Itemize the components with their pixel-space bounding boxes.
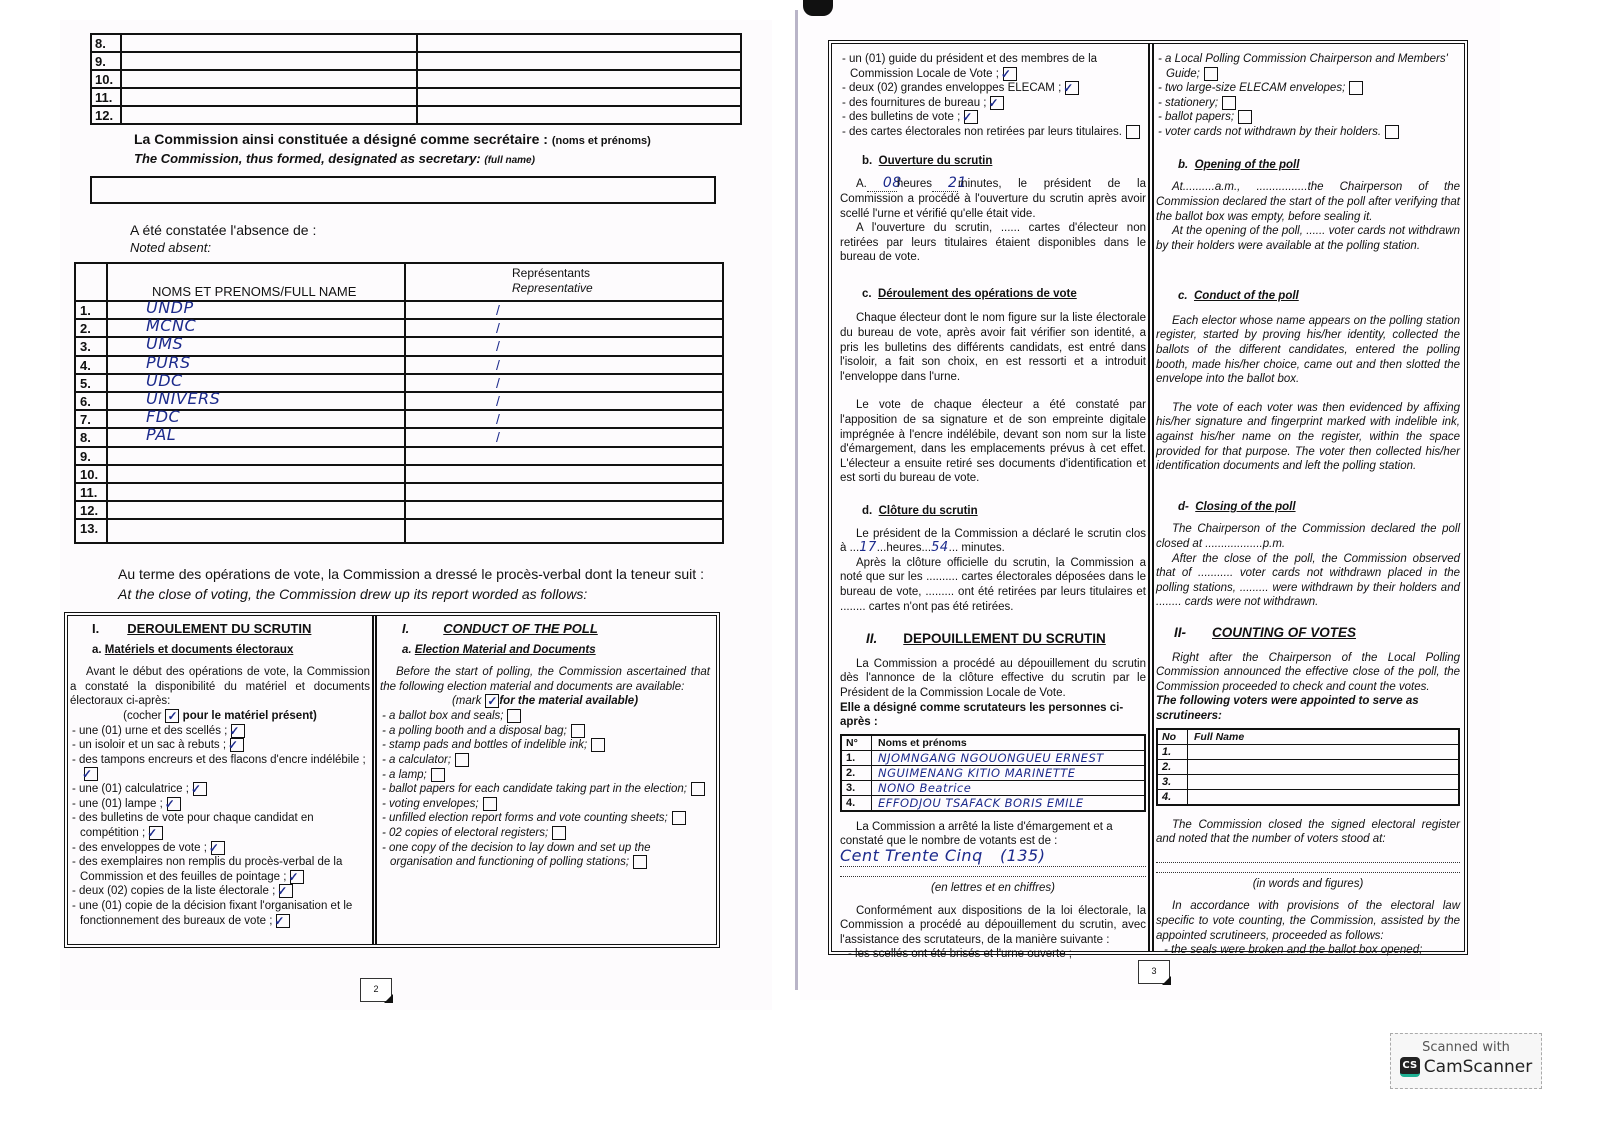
absent-label-en: Noted absent: bbox=[130, 240, 211, 256]
material-item: - voting envelopes; bbox=[380, 797, 710, 812]
checkbox-empty-icon[interactable] bbox=[483, 797, 497, 811]
row-number: 5. bbox=[80, 376, 91, 391]
representative-mark[interactable]: / bbox=[496, 302, 500, 318]
scrutineer-name[interactable]: EFFODJOU TSAFACK BORIS EMILE bbox=[872, 796, 1084, 810]
absent-label-fr: A été constatée l'absence de : bbox=[130, 222, 316, 238]
checkbox-checked-icon[interactable]: ✓ bbox=[167, 797, 181, 811]
checkbox-checked-icon[interactable]: ✓ bbox=[149, 826, 163, 840]
row-number: 10. bbox=[80, 467, 98, 482]
opening-title-fr: Ouverture du scrutin bbox=[879, 155, 993, 167]
section1-en-title: CONDUCT OF THE POLL bbox=[443, 621, 598, 636]
absent-party-name[interactable]: UMS bbox=[146, 334, 183, 353]
table-row: 10. bbox=[76, 464, 722, 482]
material-item: - a calculator; bbox=[380, 753, 710, 768]
closing-minutes-value[interactable]: 54 bbox=[931, 540, 949, 555]
absent-table: NOMS ET PRENOMS/FULL NAME Représentants … bbox=[74, 262, 724, 544]
row-number: 1. bbox=[80, 303, 91, 318]
fr-material-list-continued: - un (01) guide du président et des memb… bbox=[840, 52, 1146, 140]
checkbox-checked-icon[interactable]: ✓ bbox=[290, 870, 304, 884]
material-item: - un isoloir et un sac à rebuts ;✓ bbox=[70, 738, 370, 753]
checkbox-empty-icon[interactable] bbox=[1385, 125, 1399, 139]
material-item: - deux (02) copies de la liste électoral… bbox=[70, 884, 370, 899]
scrutineer-name[interactable] bbox=[1188, 760, 1194, 774]
checkbox-checked-icon[interactable]: ✓ bbox=[279, 884, 293, 898]
material-item: - deux (02) grandes enveloppes ELECAM ;✓ bbox=[840, 81, 1146, 96]
material-item: - des bulletins de vote pour chaque cand… bbox=[70, 811, 370, 840]
material-item: - one copy of the decision to lay down a… bbox=[380, 841, 710, 870]
material-item: - une (01) lampe ;✓ bbox=[70, 797, 370, 812]
representative-mark[interactable]: / bbox=[496, 429, 500, 445]
table-row: 2.NGUIMENANG KITIO MARINETTE bbox=[842, 765, 1144, 780]
absent-party-name[interactable]: MCNC bbox=[146, 316, 196, 335]
representative-mark[interactable]: / bbox=[496, 338, 500, 354]
row-number: 4. bbox=[80, 358, 91, 373]
checkbox-empty-icon[interactable] bbox=[1126, 125, 1140, 139]
table-row: 10. bbox=[91, 70, 741, 88]
material-item: - une (01) copie de la décision fixant l… bbox=[70, 899, 370, 928]
material-item: - ballot papers for each candidate takin… bbox=[380, 782, 710, 797]
table-row: 9. bbox=[76, 446, 722, 464]
scrutineer-name[interactable]: NGUIMENANG KITIO MARINETTE bbox=[872, 766, 1076, 780]
secretary-label-en: The Commission, thus formed, designated … bbox=[134, 151, 535, 169]
checkbox-empty-icon[interactable] bbox=[591, 738, 605, 752]
table-row: 3. bbox=[1158, 774, 1458, 789]
material-item: - a ballot box and seals; bbox=[380, 709, 710, 724]
scrutineers-table-fr: N°Noms et prénoms1.NJOMNGANG NGOUONGUEU … bbox=[840, 734, 1146, 812]
material-item: - des tampons encreurs et des flacons d'… bbox=[70, 753, 370, 782]
material-item: - 02 copies of electoral registers; bbox=[380, 826, 710, 841]
material-item: - a polling booth and a disposal bag; bbox=[380, 724, 710, 739]
material-item: - stationery; bbox=[1156, 96, 1460, 111]
row-number: 9. bbox=[80, 449, 91, 464]
checkbox-checked-icon[interactable]: ✓ bbox=[276, 914, 290, 928]
checkbox-sample-icon: ✓ bbox=[485, 694, 499, 708]
page-number-left: 2 bbox=[360, 978, 392, 1002]
material-item: - ballot papers; bbox=[1156, 110, 1460, 125]
scrutineer-name[interactable] bbox=[1188, 745, 1194, 759]
row-number: 13. bbox=[80, 521, 98, 536]
right-en-column: - a Local Polling Commission Chairperson… bbox=[1156, 52, 1460, 958]
material-item: - des bulletins de vote ;✓ bbox=[840, 110, 1146, 125]
material-item: - two large-size ELECAM envelopes; bbox=[1156, 81, 1460, 96]
material-item: - une (01) urne et des scellés ;✓ bbox=[70, 724, 370, 739]
checkbox-checked-icon[interactable]: ✓ bbox=[1003, 67, 1017, 81]
row-number: 2. bbox=[80, 321, 91, 336]
material-item: - des enveloppes de vote ;✓ bbox=[70, 841, 370, 856]
conduct-title-en: Conduct of the poll bbox=[1194, 290, 1299, 302]
absent-header-name: NOMS ET PRENOMS/FULL NAME bbox=[152, 284, 356, 299]
absent-party-name[interactable]: FDC bbox=[146, 407, 180, 426]
fr-material-list: - une (01) urne et des scellés ;✓- un is… bbox=[70, 724, 370, 929]
checkbox-sample-icon: ✓ bbox=[165, 709, 179, 723]
checkbox-empty-icon[interactable] bbox=[455, 753, 469, 767]
secretary-name-field[interactable] bbox=[90, 176, 716, 204]
checkbox-empty-icon[interactable] bbox=[552, 826, 566, 840]
section1-en: I.CONDUCT OF THE POLL a. Election Materi… bbox=[380, 622, 710, 870]
checkbox-empty-icon[interactable] bbox=[1222, 96, 1236, 110]
voters-count-field-en[interactable] bbox=[1156, 847, 1460, 863]
absent-rows: 1.UNDP/2.MCNC/3.UMS/4.PURS/5.UDC/6.UNIVE… bbox=[76, 300, 722, 536]
secretary-label-fr: La Commission ainsi constituée a désigné… bbox=[134, 131, 651, 149]
checkbox-checked-icon[interactable]: ✓ bbox=[230, 738, 244, 752]
row-number: 6. bbox=[80, 394, 91, 409]
page-spine bbox=[795, 10, 798, 990]
absent-party-name[interactable]: UNDP bbox=[146, 298, 194, 317]
section1-fr: I.DEROULEMENT DU SCRUTIN a. Matériels et… bbox=[70, 622, 370, 928]
table-row: 8.PAL/ bbox=[76, 427, 722, 445]
voters-count-words: Cent Trente Cinq bbox=[840, 846, 983, 865]
checkbox-empty-icon[interactable] bbox=[507, 709, 521, 723]
representative-mark[interactable]: / bbox=[496, 375, 500, 391]
checkbox-empty-icon[interactable] bbox=[1238, 110, 1252, 124]
en-material-list-continued: - a Local Polling Commission Chairperson… bbox=[1156, 52, 1460, 140]
absent-header-rep: Représentants Representative bbox=[512, 266, 593, 296]
representative-mark[interactable]: / bbox=[496, 357, 500, 373]
row-number: 12. bbox=[80, 503, 98, 518]
section1-fr-title: DEROULEMENT DU SCRUTIN bbox=[127, 621, 311, 636]
counting-title-en: COUNTING OF VOTES bbox=[1212, 625, 1356, 640]
material-item: - unfilled election report forms and vot… bbox=[380, 811, 710, 826]
representative-mark[interactable]: / bbox=[496, 320, 500, 336]
table-row: 4. bbox=[1158, 789, 1458, 804]
row-number: 8. bbox=[80, 430, 91, 445]
table-row: 9. bbox=[91, 52, 741, 70]
opening-title-en: Opening of the poll bbox=[1195, 159, 1300, 171]
checkbox-checked-icon[interactable]: ✓ bbox=[84, 767, 98, 781]
voters-count-field[interactable]: Cent Trente Cinq (135) bbox=[840, 849, 1146, 867]
table-row: 2. bbox=[1158, 759, 1458, 774]
table-row: 12. bbox=[76, 500, 722, 518]
checkbox-empty-icon[interactable] bbox=[1349, 81, 1363, 95]
material-item: - des fournitures de bureau ;✓ bbox=[840, 96, 1146, 111]
checkbox-checked-icon[interactable]: ✓ bbox=[964, 110, 978, 124]
checkbox-empty-icon[interactable] bbox=[571, 724, 585, 738]
table-row: 1.NJOMNGANG NGOUONGUEU ERNEST bbox=[842, 750, 1144, 765]
material-item: - un (01) guide du président et des memb… bbox=[840, 52, 1146, 81]
absent-party-name[interactable]: UDC bbox=[146, 371, 183, 390]
table-row: 8. bbox=[91, 34, 741, 52]
checkbox-empty-icon[interactable] bbox=[633, 855, 647, 869]
closing-hours-value[interactable]: 17 bbox=[859, 540, 877, 555]
members-table-continued: 8. 9. 10. 11. 12. bbox=[90, 33, 742, 125]
opening-minutes-value[interactable]: 21 bbox=[932, 176, 958, 192]
camscanner-logo-icon: CS bbox=[1400, 1057, 1420, 1077]
voters-count-figures: (135) bbox=[1000, 846, 1046, 865]
checkbox-checked-icon[interactable]: ✓ bbox=[231, 724, 245, 738]
material-item: - des exemplaires non remplis du procès-… bbox=[70, 855, 370, 884]
row-number: 7. bbox=[80, 412, 91, 427]
representative-mark[interactable]: / bbox=[496, 393, 500, 409]
table-row: 11. bbox=[76, 482, 722, 500]
scrutineer-name[interactable]: NONO Beatrice bbox=[872, 781, 971, 795]
material-item: - stamp pads and bottles of indelible in… bbox=[380, 738, 710, 753]
checkbox-checked-icon[interactable]: ✓ bbox=[193, 782, 207, 796]
material-item: - voter cards not withdrawn by their hol… bbox=[1156, 125, 1460, 140]
row-number: 11. bbox=[80, 485, 97, 500]
table-row: 13. bbox=[76, 518, 722, 536]
opening-text-fr: A.08heures21minutes, le président de la … bbox=[840, 176, 1146, 221]
closing-text-fr: Le président de la Commission a déclaré … bbox=[840, 527, 1146, 556]
table-row: 1. bbox=[1158, 744, 1458, 759]
closing-title-fr: Clôture du scrutin bbox=[879, 505, 978, 517]
conduct-title-fr: Déroulement des opérations de vote bbox=[878, 288, 1077, 300]
checkbox-empty-icon[interactable] bbox=[691, 782, 705, 796]
absent-party-name[interactable]: UNIVERS bbox=[146, 389, 220, 408]
scrutineers-table-en: NoFull Name1.2.3.4. bbox=[1156, 728, 1460, 806]
scrutineer-name[interactable] bbox=[1188, 790, 1194, 804]
checkbox-empty-icon[interactable] bbox=[672, 811, 686, 825]
material-item: - une (01) calculatrice ;✓ bbox=[70, 782, 370, 797]
checkbox-empty-icon[interactable] bbox=[431, 768, 445, 782]
en-material-list: - a ballot box and seals;- a polling boo… bbox=[380, 709, 710, 870]
scrutineer-name[interactable]: NJOMNGANG NGOUONGUEU ERNEST bbox=[872, 751, 1104, 765]
absent-party-name[interactable]: PAL bbox=[146, 425, 176, 444]
report-intro-en: At the close of voting, the Commission d… bbox=[118, 586, 587, 602]
opening-hours-value[interactable]: 08 bbox=[867, 176, 897, 192]
row-number: 3. bbox=[80, 339, 91, 354]
counting-title-fr: DEPOUILLEMENT DU SCRUTIN bbox=[903, 631, 1106, 646]
camscanner-watermark: Scanned with CS CamScanner bbox=[1390, 1033, 1542, 1089]
material-item: - a Local Polling Commission Chairperson… bbox=[1156, 52, 1460, 81]
checkbox-checked-icon[interactable]: ✓ bbox=[990, 96, 1004, 110]
material-item: - a lamp; bbox=[380, 768, 710, 783]
table-row: 4.EFFODJOU TSAFACK BORIS EMILE bbox=[842, 795, 1144, 810]
material-item: - des cartes électorales non retirées pa… bbox=[840, 125, 1146, 140]
representative-mark[interactable]: / bbox=[496, 411, 500, 427]
page-number-right: 3 bbox=[1138, 960, 1170, 984]
scan-blotch bbox=[803, 0, 833, 16]
table-header: NoFull Name bbox=[1158, 730, 1458, 744]
table-row: 11. bbox=[91, 88, 741, 106]
table-row: 12. bbox=[91, 106, 741, 124]
right-fr-column: - un (01) guide du président et des memb… bbox=[840, 52, 1146, 962]
absent-party-name[interactable]: PURS bbox=[146, 353, 191, 372]
closing-title-en: Closing of the poll bbox=[1195, 501, 1295, 513]
table-header: N°Noms et prénoms bbox=[842, 736, 1144, 750]
checkbox-checked-icon[interactable]: ✓ bbox=[1065, 81, 1079, 95]
scrutineer-name[interactable] bbox=[1188, 775, 1194, 789]
table-row: 3.NONO Beatrice bbox=[842, 780, 1144, 795]
checkbox-empty-icon[interactable] bbox=[1204, 67, 1218, 81]
checkbox-checked-icon[interactable]: ✓ bbox=[211, 841, 225, 855]
report-intro-fr: Au terme des opérations de vote, la Comm… bbox=[118, 566, 704, 582]
